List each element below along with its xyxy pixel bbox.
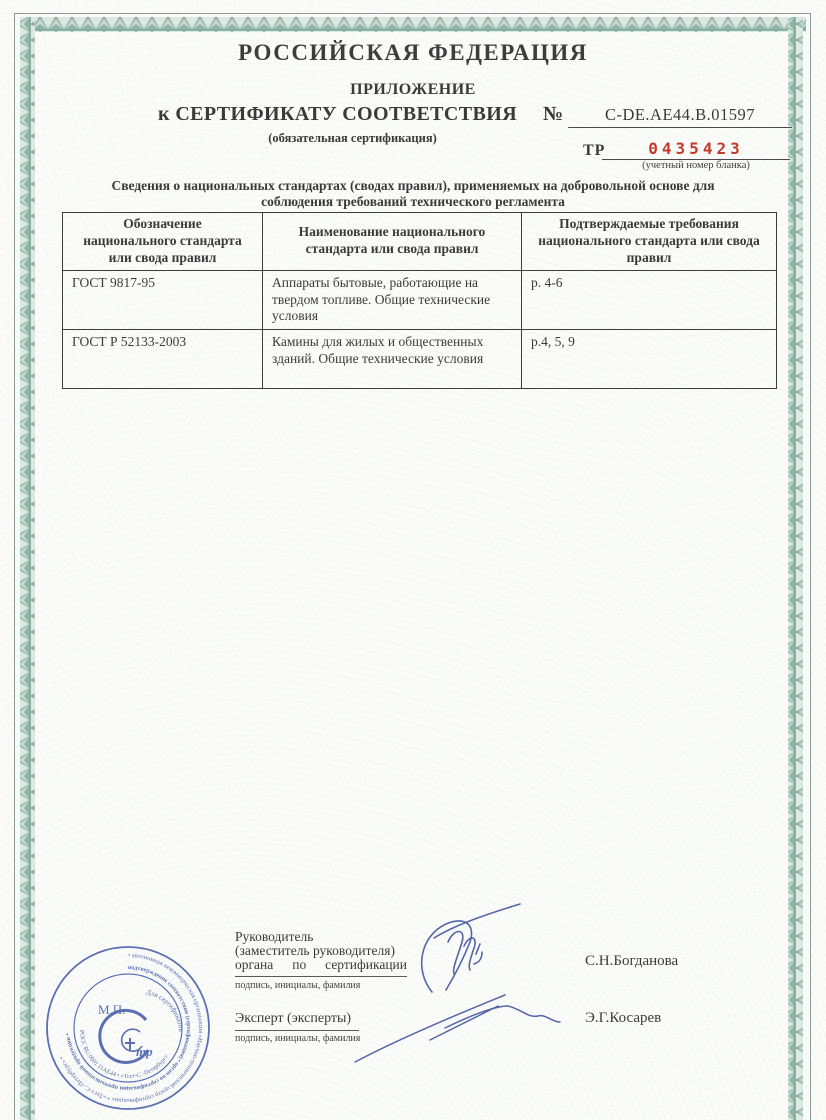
certification-stamp: • автономная некоммерческая организация … [44,944,212,1112]
cell-designation: ГОСТ 9817-95 [63,270,263,330]
certificate-page: РОССИЙСКАЯ ФЕДЕРАЦИЯ ПРИЛОЖЕНИЕ к СЕРТИФ… [0,0,826,1120]
cell-requirements: р.4, 5, 9 [522,330,777,389]
certificate-line: к СЕРТИФИКАТУ СООТВЕТСТВИЯ № C-DE.AE44.B… [158,103,517,126]
cell-name: Аппараты бытовые, работающие на твердом … [263,270,522,330]
expert-name: Э.Г.Косарев [585,1010,661,1027]
blank-number-caption: (учетный номер бланка) [602,160,790,171]
col-header-name: Наименование национального стандарта или… [263,213,522,271]
certificate-number: C-DE.AE44.B.01597 [568,105,792,128]
blank-number: 0435423 [602,139,790,160]
intro-text: Сведения о национальных стандартах (свод… [103,178,723,210]
mandatory-certification-note: (обязательная сертификация) [155,131,550,146]
number-sign: № [543,103,564,126]
expert-signature-line [235,1030,359,1031]
expert-signature-caption: подпись, инициалы, фамилия [235,1033,360,1044]
cell-name: Камины для жилых и общественных зданий. … [263,330,522,389]
col-header-designation: Обозначение национального стандарта или … [63,213,263,271]
page-title: РОССИЙСКАЯ ФЕДЕРАЦИЯ [0,40,826,66]
stamp-mp-label: М.П. [98,1002,125,1017]
standards-table: Обозначение национального стандарта или … [62,212,777,389]
table-row: ГОСТ Р 52133-2003 Камины для жилых и общ… [63,330,777,389]
head-role-line1: Руководитель [235,930,407,944]
appendix-title: ПРИЛОЖЕНИЕ [0,81,826,99]
head-signature-caption: подпись, инициалы, фамилия [235,980,360,991]
expert-role-label: Эксперт (эксперты) [235,1011,351,1027]
cell-designation: ГОСТ Р 52133-2003 [63,330,263,389]
stamp-ring-middle: подтверждение соответствия (сертификация… [65,965,192,1091]
head-name: С.Н.Богданова [585,953,678,970]
head-role-label: Руководитель (заместитель руководителя) … [235,930,407,972]
head-role-line3: органа по сертификации [235,958,407,972]
table-header-row: Обозначение национального стандарта или … [63,213,777,271]
col-header-requirements: Подтверждаемые требования национального … [522,213,777,271]
head-signature-line [235,976,407,977]
to-certificate-label: к СЕРТИФИКАТУ СООТВЕТСТВИЯ [158,103,517,125]
expert-signature-ink [338,982,578,1092]
stamp-monogram: тр [136,1044,153,1059]
table-row: ГОСТ 9817-95 Аппараты бытовые, работающи… [63,270,777,330]
head-signature-ink [398,898,528,998]
head-role-line2: (заместитель руководителя) [235,944,407,958]
cell-requirements: р. 4-6 [522,270,777,330]
